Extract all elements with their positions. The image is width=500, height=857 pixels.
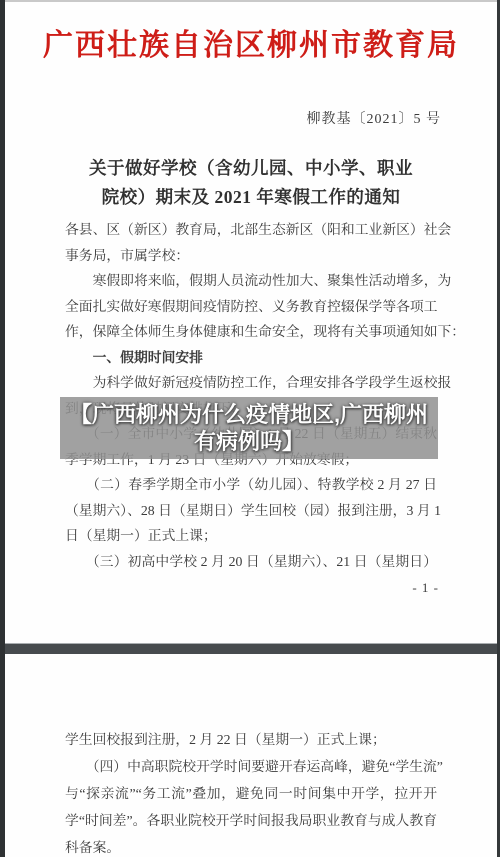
document-scan: 广西壮族自治区柳州市教育局 柳教基〔2021〕5 号 关于做好学校（含幼儿园、中… (0, 0, 500, 857)
body-line: （二）春季学期全市小学（幼儿园）、特教学校 2 月 27 日 (65, 472, 437, 498)
body-line: 全面扎实做好寒假期间疫情防控、义务教育控辍保学等各项工 (65, 294, 437, 320)
body-line: （四）中高职院校开学时间要避开春运高峰，避免“学生流” (65, 753, 437, 780)
agency-title: 广西壮族自治区柳州市教育局 (5, 20, 497, 64)
left-border (0, 0, 5, 857)
body-line: 作，保障全体师生身体健康和生命安全，现将有关事项通知如下： (65, 319, 437, 345)
body-line: 科备案。 (65, 834, 437, 857)
body-line: （三）初高中学校 2 月 20 日（星期六）、21 日（星期日） (65, 549, 437, 575)
document-page-1: 广西壮族自治区柳州市教育局 柳教基〔2021〕5 号 关于做好学校（含幼儿园、中… (5, 2, 497, 644)
page-separator (0, 644, 500, 654)
page2-body: 学生回校报到注册，2 月 22 日（星期一）正式上课； （四）中高职院校开学时间… (65, 726, 437, 857)
body-line: 各县、区（新区）教育局，北部生态新区（阳和工业新区）社会 (65, 217, 437, 243)
section-heading: 一、假期时间安排 (65, 345, 437, 371)
body-line: 事务局，市属学校： (65, 243, 437, 269)
overlay-caption: 【广西柳州为什么疫情地区,广西柳州 有病例吗】 (60, 397, 438, 459)
body-line: 学“时间差”。各职业院校开学时间报我局职业教育与成人教育 (65, 807, 437, 834)
body-line: 学生回校报到注册，2 月 22 日（星期一）正式上课； (65, 726, 437, 753)
page-number: - 1 - (412, 580, 439, 596)
body-line: 寒假即将来临，假期人员流动性加大、聚集性活动增多，为 (65, 268, 437, 294)
body-line: 为科学做好新冠疫情防控工作，合理安排各学段学生返校报 (65, 370, 437, 396)
page1-body: 各县、区（新区）教育局，北部生态新区（阳和工业新区）社会 事务局，市属学校： 寒… (65, 217, 437, 574)
body-line: （星期六）、28 日（星期日）学生回校（园）报到注册，3 月 1 (65, 498, 437, 524)
page-top-edge (0, 0, 500, 2)
doc-number: 柳教基〔2021〕5 号 (5, 108, 497, 128)
body-line: 与“探亲流”“务工流”叠加，避免同一时间集中开学，拉开开 (65, 780, 437, 807)
overlay-caption-line-2: 有病例吗】 (194, 428, 304, 455)
doc-title-line-1: 关于做好学校（含幼儿园、中小学、职业 (5, 154, 497, 183)
document-page-2: 学生回校报到注册，2 月 22 日（星期一）正式上课； （四）中高职院校开学时间… (5, 654, 497, 857)
doc-title: 关于做好学校（含幼儿园、中小学、职业 院校）期末及 2021 年寒假工作的通知 (5, 154, 497, 212)
overlay-caption-line-1: 【广西柳州为什么疫情地区,广西柳州 (70, 401, 428, 428)
body-line: 日（星期一）正式上课； (65, 523, 437, 549)
doc-title-line-2: 院校）期末及 2021 年寒假工作的通知 (5, 183, 497, 212)
